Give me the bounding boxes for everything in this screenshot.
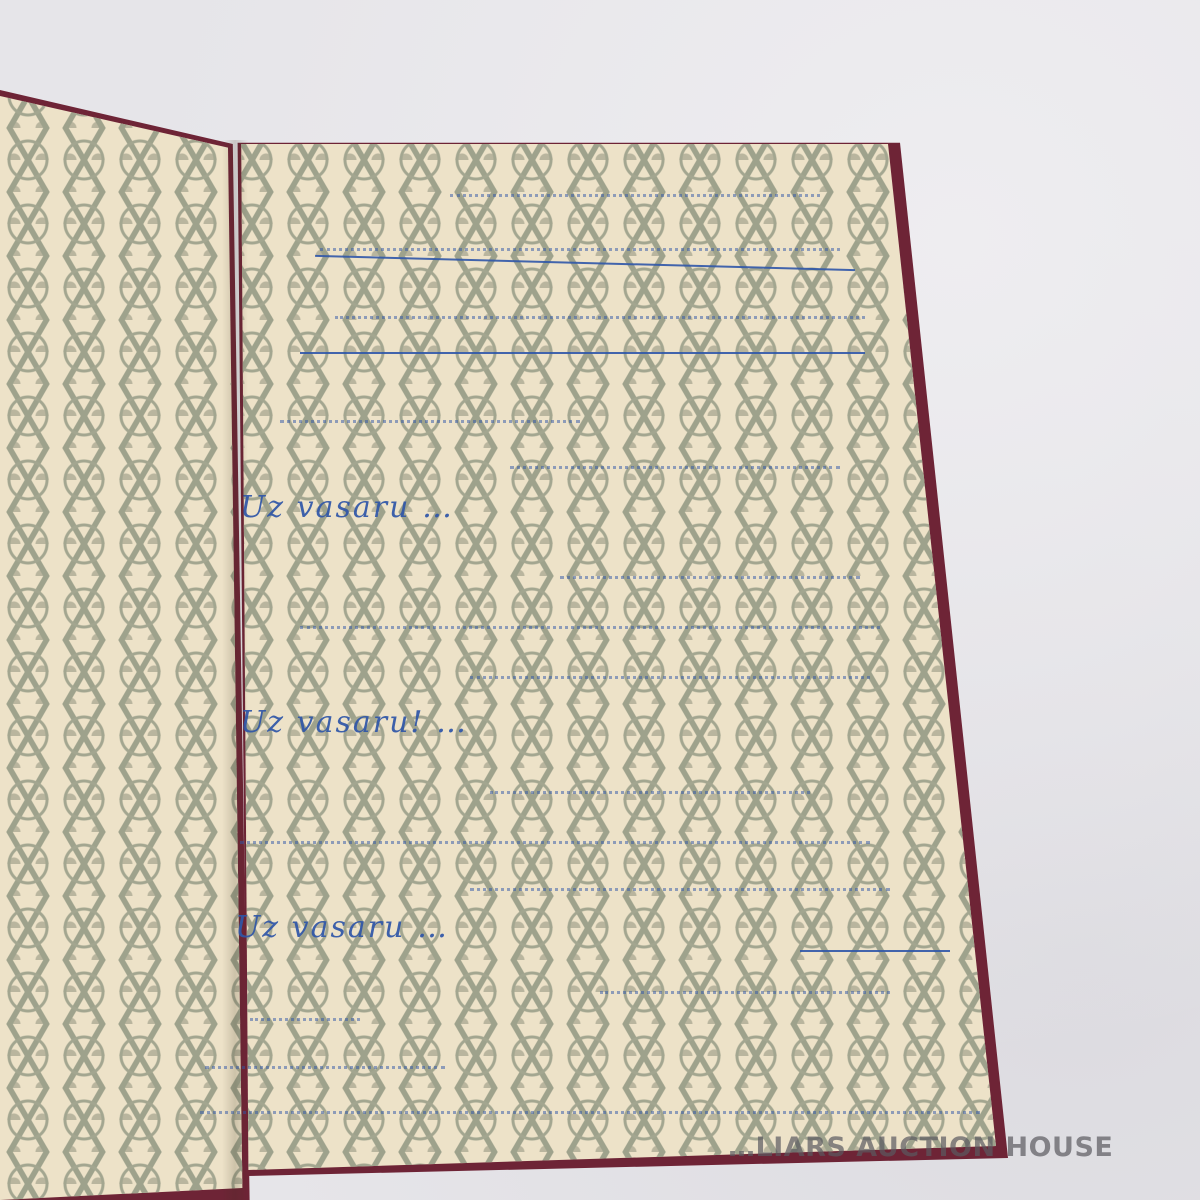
inscription-closing-line bbox=[600, 965, 890, 994]
inscription-body-line bbox=[510, 440, 840, 469]
inscription-header-line bbox=[335, 290, 865, 319]
inscription-closing-line bbox=[250, 992, 360, 1021]
inscription-body-line bbox=[560, 550, 860, 579]
header-underline bbox=[300, 352, 865, 354]
inscription-body-line bbox=[300, 600, 880, 629]
inscription-body-line bbox=[470, 650, 870, 679]
inscription-closing-line bbox=[200, 1085, 980, 1114]
inscription-closing-line bbox=[205, 1040, 445, 1069]
inscription-body-line: Uz vasaru … bbox=[240, 490, 454, 525]
inscription-body-line bbox=[280, 394, 580, 423]
inscription-body-line bbox=[470, 862, 890, 891]
auction-house-watermark: …LIARS AUCTION HOUSE bbox=[728, 1132, 1113, 1163]
inscription-body-line: Uz vasaru … bbox=[235, 910, 449, 945]
inscription-body-line: Uz vasaru! … bbox=[240, 705, 468, 740]
inscription-header-line bbox=[450, 168, 820, 197]
inscription-header-line bbox=[320, 222, 840, 251]
signature-underline bbox=[800, 950, 950, 952]
inscription-body-line bbox=[240, 815, 870, 844]
inscription-body-line bbox=[490, 765, 810, 794]
